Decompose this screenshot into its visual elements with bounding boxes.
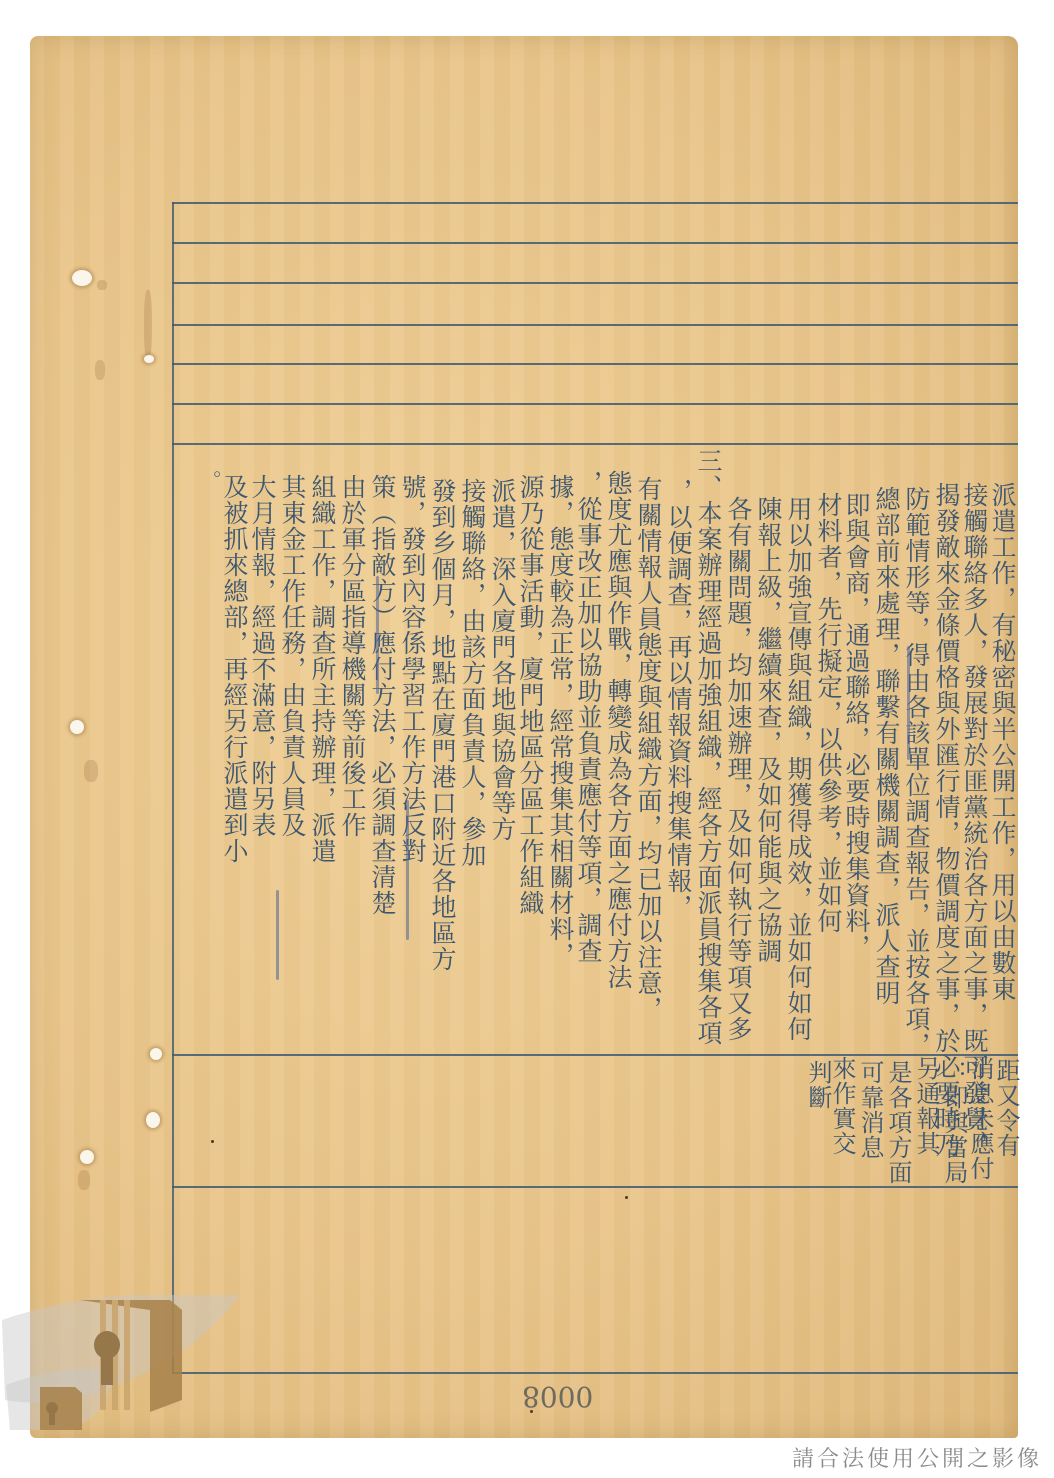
binding-dent [144,290,152,360]
text-column: 有關情報人員態度與組織方面，均已加以注意， [634,476,662,1022]
text-column: 派遣，深入廈門各地與協會等方 [488,478,516,842]
text-column: ，從事改正加以協助並負責應付等項，調查 [574,470,602,964]
punch-hole [150,1048,162,1060]
pencil-mark [406,800,409,940]
punch-hole [80,1150,94,1164]
text-column: 距又令有 [992,1058,1020,1158]
left-margin-rule [172,202,174,1374]
text-column: 發到乡個月，地點在廈門港口附近各地區方 [428,478,456,972]
text-column: 判斷 [804,1060,832,1110]
binding-dent [84,760,98,782]
text-column: 陳報上級，繼續來查，及如何能與之協調 [754,496,782,964]
section-heading-column: 三、本案辦理經過加強組織，經各方面派員搜集各項 [694,448,722,1046]
ruled-line [172,1372,1018,1374]
punch-hole [144,355,154,363]
binding-dent [97,280,107,290]
text-column: 總部前來處理，聯繫有關機關調查，派人查明 [872,486,900,1006]
paper-speck [625,1196,628,1199]
text-column: 由於軍分區指導機關等前後工作 [338,474,366,838]
ruled-line [172,443,1018,445]
text-column: 號，發到內容係學習工作方法反對 [398,474,426,864]
text-column: 策（指敵方）應付方法，必須調查清楚 [368,474,396,916]
text-column: 源乃從事活動，廈門地區分區工作組織 [516,474,544,916]
copyright-notice: 請合法使用公開之影像 [792,1442,1042,1473]
text-column: 防範情形等，得由各該單位調查報告，並按各項， [902,486,930,1058]
punch-hole [70,720,84,734]
archive-logo-icon [0,1290,260,1440]
end-mark: 。 [196,470,224,491]
text-column: ：即與當局 [940,1060,968,1185]
text-column: 其東金工作任務，由負責人員及 [278,474,306,838]
ruled-line [172,242,1018,244]
ruled-line [172,403,1018,405]
text-column: 派遣工作，有秘密與半公開工作，用以由數東 [988,482,1016,1002]
text-column: 另通報其 [912,1056,940,1156]
ruled-line [172,1054,1018,1056]
text-column: ，以便調查，再以情報資料搜集情報， [664,478,692,920]
ruled-line [172,324,1018,326]
pencil-mark [907,646,910,760]
text-column: 是各項方面 [884,1060,912,1185]
paper-speck [211,1140,214,1143]
text-column: 用以加強宣傳與組織，期獲得成效，並如何如何 [784,496,812,1042]
text-column: 及被抓來總部，再經另行派遣到小 [220,474,248,864]
text-column: 即與會商，通過聯絡，必要時搜集資料， [842,492,870,960]
binding-dent [78,1170,90,1190]
text-column: 可靠消息 [856,1060,884,1160]
binding-dent [95,360,105,380]
text-column: 來作實交 [828,1056,856,1156]
punch-hole [72,270,92,286]
text-column: 材料者，先行擬定，以供參考，並如何 [814,492,842,934]
text-column: 消息未應付 [966,1056,994,1181]
text-column: 據，態度較為正常，經常搜集其相關材料， [546,474,574,968]
text-column: 態度尤應與作戰，轉變成為各方面之應付方法 [604,470,632,990]
ruled-line [172,363,1018,365]
text-column: 接觸聯絡，由該方面負責人，參加 [458,478,486,868]
ruled-line [172,202,1018,204]
text-column: 組織工作，調查所主持辦理，派遣 [308,474,336,864]
pencil-mark [376,576,379,694]
punch-hole [146,1112,160,1128]
text-column: 大月情報，經過不滿意，附另表 [248,474,276,838]
ruled-line [172,282,1018,284]
ruled-line [172,1186,1018,1188]
page-number: 0008 [522,1380,593,1413]
pencil-mark [276,890,279,980]
